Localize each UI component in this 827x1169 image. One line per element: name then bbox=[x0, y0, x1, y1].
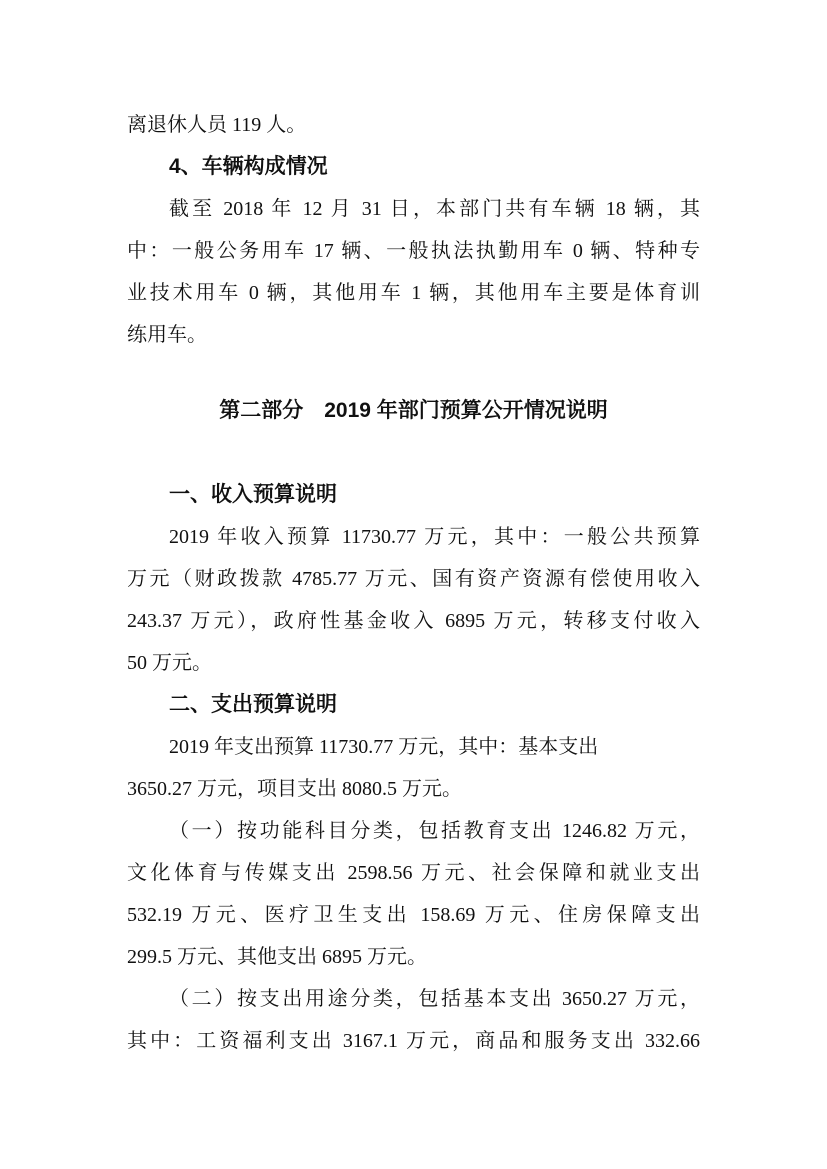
para-by-purpose-line-2: 其中：工资福利支出 3167.1 万元，商品和服务支出 332.66 bbox=[127, 1020, 700, 1062]
para-vehicles-line-1: 截至 2018 年 12 月 31 日，本部门共有车辆 18 辆，其 bbox=[127, 188, 700, 230]
heading-vehicle-composition: 4、车辆构成情况 bbox=[127, 146, 700, 188]
para-income-line-3: 243.37 万元），政府性基金收入 6895 万元，转移支付收入 bbox=[127, 600, 700, 642]
para-by-function-line-4: 299.5 万元、其他支出 6895 万元。 bbox=[127, 936, 700, 978]
para-by-function-line-1: （一）按功能科目分类，包括教育支出 1246.82 万元， bbox=[127, 810, 700, 852]
para-by-function-line-3: 532.19 万元、医疗卫生支出 158.69 万元、住房保障支出 bbox=[127, 894, 700, 936]
para-expenditure-total-line-2: 3650.27 万元，项目支出 8080.5 万元。 bbox=[127, 768, 700, 810]
part2-section-title: 第二部分 2019 年部门预算公开情况说明 bbox=[127, 390, 700, 432]
para-by-function-line-2: 文化体育与传媒支出 2598.56 万元、社会保障和就业支出 bbox=[127, 852, 700, 894]
document-page: 离退休人员 119 人。 4、车辆构成情况 截至 2018 年 12 月 31 … bbox=[0, 0, 827, 1169]
para-income-line-4: 50 万元。 bbox=[127, 642, 700, 684]
para-vehicles-line-4: 练用车。 bbox=[127, 314, 700, 356]
para-vehicles-line-2: 中：一般公务用车 17 辆、一般执法执勤用车 0 辆、特种专 bbox=[127, 230, 700, 272]
heading-income-budget: 一、收入预算说明 bbox=[127, 474, 700, 516]
para-income-line-1: 2019 年收入预算 11730.77 万元，其中：一般公共预算 bbox=[127, 516, 700, 558]
para-vehicles-line-3: 业技术用车 0 辆，其他用车 1 辆，其他用车主要是体育训 bbox=[127, 272, 700, 314]
heading-expenditure-budget: 二、支出预算说明 bbox=[127, 684, 700, 726]
para-retirees-line-1: 离退休人员 119 人。 bbox=[127, 104, 700, 146]
document-content: 离退休人员 119 人。 4、车辆构成情况 截至 2018 年 12 月 31 … bbox=[127, 104, 700, 1062]
para-income-line-2: 万元（财政拨款 4785.77 万元、国有资产资源有偿使用收入 bbox=[127, 558, 700, 600]
para-expenditure-total-line-1: 2019 年支出预算 11730.77 万元，其中：基本支出 bbox=[127, 726, 700, 768]
para-by-purpose-line-1: （二）按支出用途分类，包括基本支出 3650.27 万元， bbox=[127, 978, 700, 1020]
